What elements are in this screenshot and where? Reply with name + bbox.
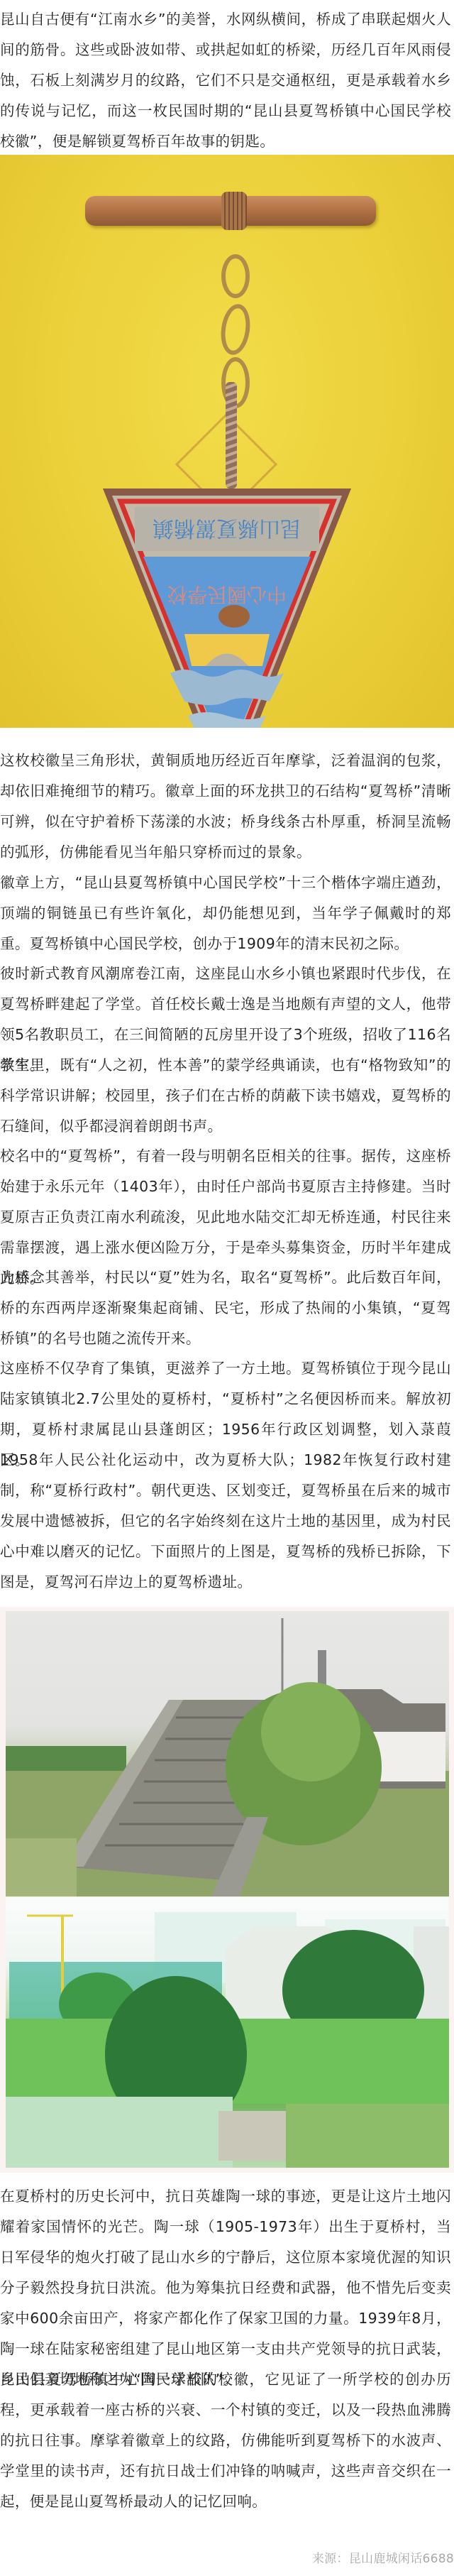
badge-cord: [226, 382, 237, 489]
chain-link: [218, 302, 253, 357]
ruined-bridge-illustration: [6, 1611, 449, 1896]
paragraph-badge-inscription: 徽章上方，“昆山县夏驾桥镇中心国民学校”十三个楷体字端庄遒劲，顶端的铜链虽已有些…: [0, 868, 451, 959]
paragraph-classroom: 教室里，既有“人之初，性本善”的蒙学经典诵读，也有“格物致知”的科学常识讲解；校…: [0, 1050, 451, 1142]
riverbank-illustration: [6, 1898, 449, 2168]
intro-paragraph: 昆山自古便有“江南水乡”的美誉，水网纵横间，桥成了串联起烟火人间的筋骨。这些或卧…: [0, 4, 451, 157]
bridge-site-riverbank-photo: [6, 1898, 449, 2168]
chain-link: [221, 254, 250, 298]
paragraph-badge-description: 这枚校徽呈三角形状，黄铜质地历经近百年摩挲，泛着温润的包浆，却依旧难掩细节的精巧…: [0, 746, 451, 868]
svg-text:中心國民學校: 中心國民學校: [167, 583, 287, 606]
school-badge-photo: 昆山縣夏駕橋鎮 中心國民學校: [0, 155, 454, 728]
paragraph-bridge-naming: 为感念其善举，村民以“夏”姓为名，取名“夏驾桥”。此后数百年间，桥的东西两岸逐渐…: [0, 1262, 451, 1354]
source-attribution: 来源：昆山鹿城闲话6688: [312, 2548, 454, 2566]
paragraph-anti-japanese-hero: 在夏桥村的历史长河中，抗日英雄陶一球的事迹，更是让这片土地闪耀着家国情怀的光芒。…: [0, 2181, 451, 2395]
paragraph-village-history: 1958年人民公社化运动中，改为夏桥大队；1982年恢复行政村建制，称“夏桥行政…: [0, 1445, 451, 1598]
ruined-bridge-photo: [6, 1611, 449, 1896]
svg-text:昆山縣夏駕橋鎮: 昆山縣夏駕橋鎮: [151, 515, 301, 540]
bridge-photo-collage: [0, 1607, 454, 2173]
badge-wire-wrap: [221, 192, 247, 230]
paragraph-conclusion: 昆山县夏驾桥镇中心国民学校的校徽，它见证了一所学校的创办历程，更承载着一座古桥的…: [0, 2364, 451, 2517]
triangle-badge-icon: 昆山縣夏駕橋鎮 中心國民學校: [99, 489, 355, 728]
